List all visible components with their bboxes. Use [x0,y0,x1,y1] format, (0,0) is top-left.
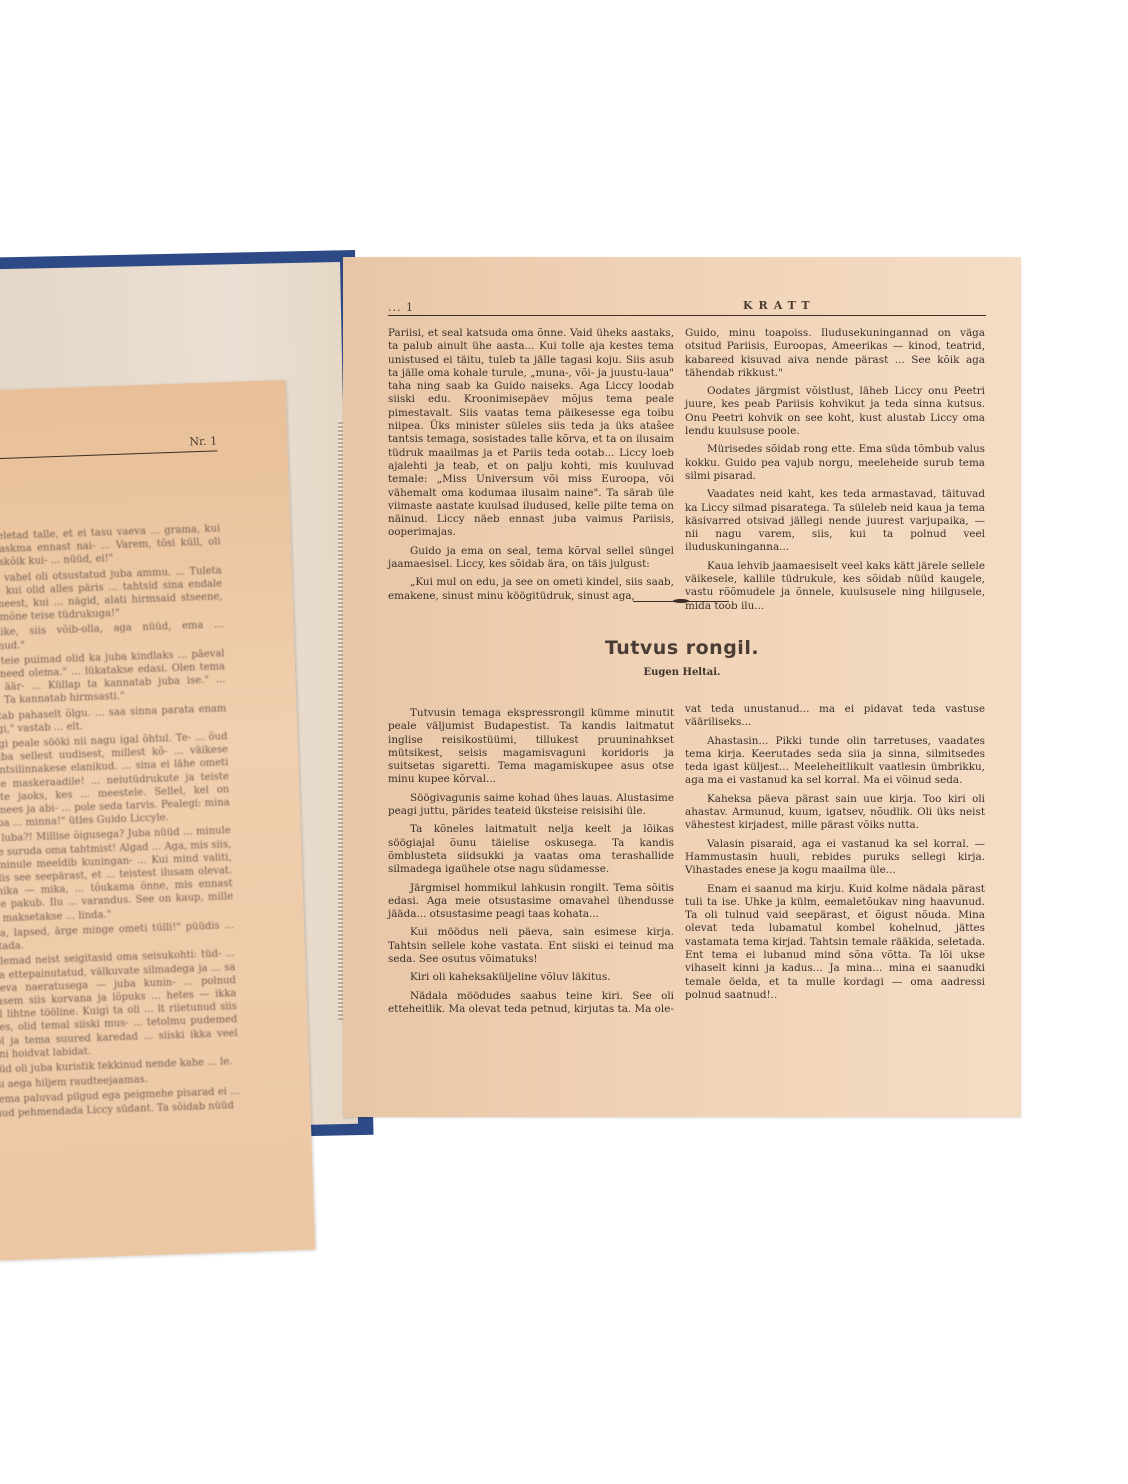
column-top-left: Pariisi, et seal katsuda oma õnne. Vaid … [388,327,674,608]
story-author: Eugen Heltai. [343,667,1021,678]
paragraph: ... nägi peale sööki nii nagu igal õhtul… [0,730,230,831]
paragraph: Söögivagunis saime kohad ühes lauas. Alu… [388,792,674,819]
paragraph: Kaheksa päeva pärast sain uue kirja. Too… [685,793,985,833]
paragraph: Ta kõneles laitmatult nelja keelt ja lõi… [388,823,674,876]
paragraph: ... teie vahel oli otsustatud juba ammu.… [0,564,223,626]
paragraph: Tutvusin temaga ekspressrongil kümme min… [388,707,674,787]
paragraph: Enam ei saanud ma kirju. Kuid kolme näda… [685,883,985,1003]
page-number: ... 1 [388,301,414,314]
paragraph: Kui möödus neli päeva, sain esimese kirj… [388,926,674,966]
paragraph: ... cy, teie puimad olid ka juba kindlak… [0,647,226,709]
paragraph: Sina seletad talle, et ei tasu vaeva ...… [0,522,221,570]
paragraph: „Kui mul on edu, ja see on ometi kindel,… [388,576,674,603]
paragraph: ... dlemad neist seigitasid oma seisukoh… [0,947,238,1061]
column-top-right: Guido, minu toapoiss. Iludusekuningannad… [685,327,985,618]
paragraph: Oodates järgmist võistlust, läheb Liccy … [685,385,985,438]
paragraph: Guido, minu toapoiss. Iludusekuningannad… [685,327,985,380]
column-bottom-right: vat teda unustanud... ma ei pidavat teda… [685,703,985,1007]
paragraph: Pariisi, et seal katsuda oma õnne. Vaid … [388,327,674,540]
sheet-header-rule [0,450,217,461]
sheet-issue-number: Nr. 1 [189,434,217,448]
running-head: ... 1 KRATT [388,301,986,315]
header-rule [388,315,986,316]
column-bottom-left: Tutvusin temaga ekspressrongil kümme min… [388,707,674,1021]
paragraph: Guido ja ema on seal, tema kõrval sellel… [388,545,674,572]
story-title: Tutvus rongil. [343,637,1021,659]
paragraph: Järgmisel hommikul lahkusin rongilt. Tem… [388,882,674,922]
paragraph: ... ei luba?! Millise õigusega? Juba nüü… [0,825,234,926]
paragraph: Kaua lehvib jaamaesiselt veel kaks kätt … [685,560,985,613]
magazine-page: ... 1 KRATT Pariisi, et seal katsuda oma… [343,257,1021,1117]
section-divider-ornament [633,599,729,603]
paragraph: Nädala möödudes saabus teine kiri. See o… [388,990,674,1017]
paragraph: Ei ema paluvad pilgud ega peigmehe pisar… [0,1085,241,1120]
paragraph: Valasin pisaraid, aga ei vastanud ka sel… [685,838,985,878]
paragraph: Ahastasin... Pikki tunde olin tarretuses… [685,735,985,788]
loose-overlapping-sheet: Nr. 1 Sina seletad talle, et ei tasu vae… [0,380,315,1262]
paragraph: Kiri oli kaheksaküljeline võluv läkitus. [388,971,674,984]
magazine-title: KRATT [743,299,816,312]
paragraph: Vaadates neid kaht, kes teda armastavad,… [685,488,985,554]
paragraph: vat teda unustanud... ma ei pidavat teda… [685,703,985,730]
paragraph: Mürisedes sõidab rong ette. Ema süda tõm… [685,443,985,483]
sheet-text: Sina seletad talle, et ei tasu vaeva ...… [0,522,241,1122]
